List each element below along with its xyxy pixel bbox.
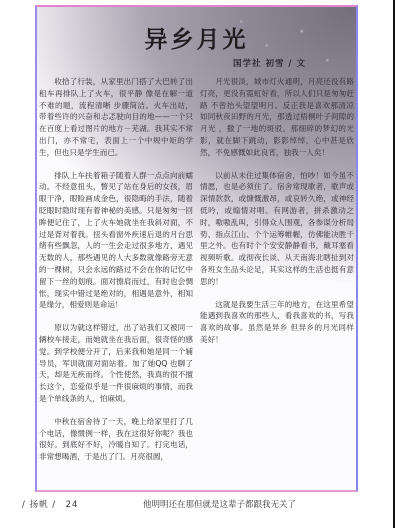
paragraph: 以前从未住过集体宿舍，怕吵！如今虽不情愿，也是必须住了。宿舍常现歌者，歌声或深情… (200, 170, 354, 288)
article-columns: 收拾了行装，从家里出门搭了大巴转了出租车再排队上了火车，很平静 像是在解一道不难… (39, 76, 354, 488)
article-title: 异乡月光 (37, 21, 356, 54)
column-right: 月光很淡，城市灯火通明，月亮还没有路灯亮，更没有霓虹好看，所以人们只是匆匆赶路 … (200, 76, 354, 488)
article-frame: 异乡月光 国学社 初雪 / 文 收拾了行装，从家里出门搭了大巴转了出租车再排队上… (35, 5, 358, 492)
paragraph: 排队上车扶着箱子随着人群一点点向前蠕动。不经意扭头，瞥见了站在身后的女孩，眉眼干… (39, 170, 193, 312)
paragraph: 中秋在宿舍待了一天，晚上给家里打了几个电话，像惯例一样，我在这很好你呢？我也很好… (39, 416, 193, 463)
paragraph: 收拾了行装，从家里出门搭了大巴转了出租车再排队上了火车，很平静 像是在解一道不难… (39, 76, 193, 159)
article-byline: 国学社 初雪 / 文 (233, 57, 306, 69)
magazine-page: 异乡月光 国学社 初雪 / 文 收拾了行装，从家里出门搭了大巴转了出租车再排队上… (0, 0, 398, 528)
paragraph: 这就是我要生活三年的地方，在这里希望能遇到我喜欢的那些人，看我喜欢的书，写我喜欢… (200, 299, 354, 346)
column-left: 收拾了行装，从家里出门搭了大巴转了出租车再排队上了火车，很平静 像是在解一道不难… (39, 76, 193, 488)
paragraph: 原以为就这样错过，出了站我们又被同一辆校车接走，而她就坐在我后面，很奇怪的感觉。… (39, 322, 193, 405)
footer-page-info: / 扬帆 / 24 (22, 498, 78, 510)
paragraph: 月光很淡，城市灯火通明，月亮还没有路灯亮，更没有霓虹好看，所以人们只是匆匆赶路 … (200, 76, 354, 159)
page-edge-line (393, 0, 395, 528)
footer-caption: 他明明还在那但就是这辈子都跟我无关了 (143, 498, 296, 510)
